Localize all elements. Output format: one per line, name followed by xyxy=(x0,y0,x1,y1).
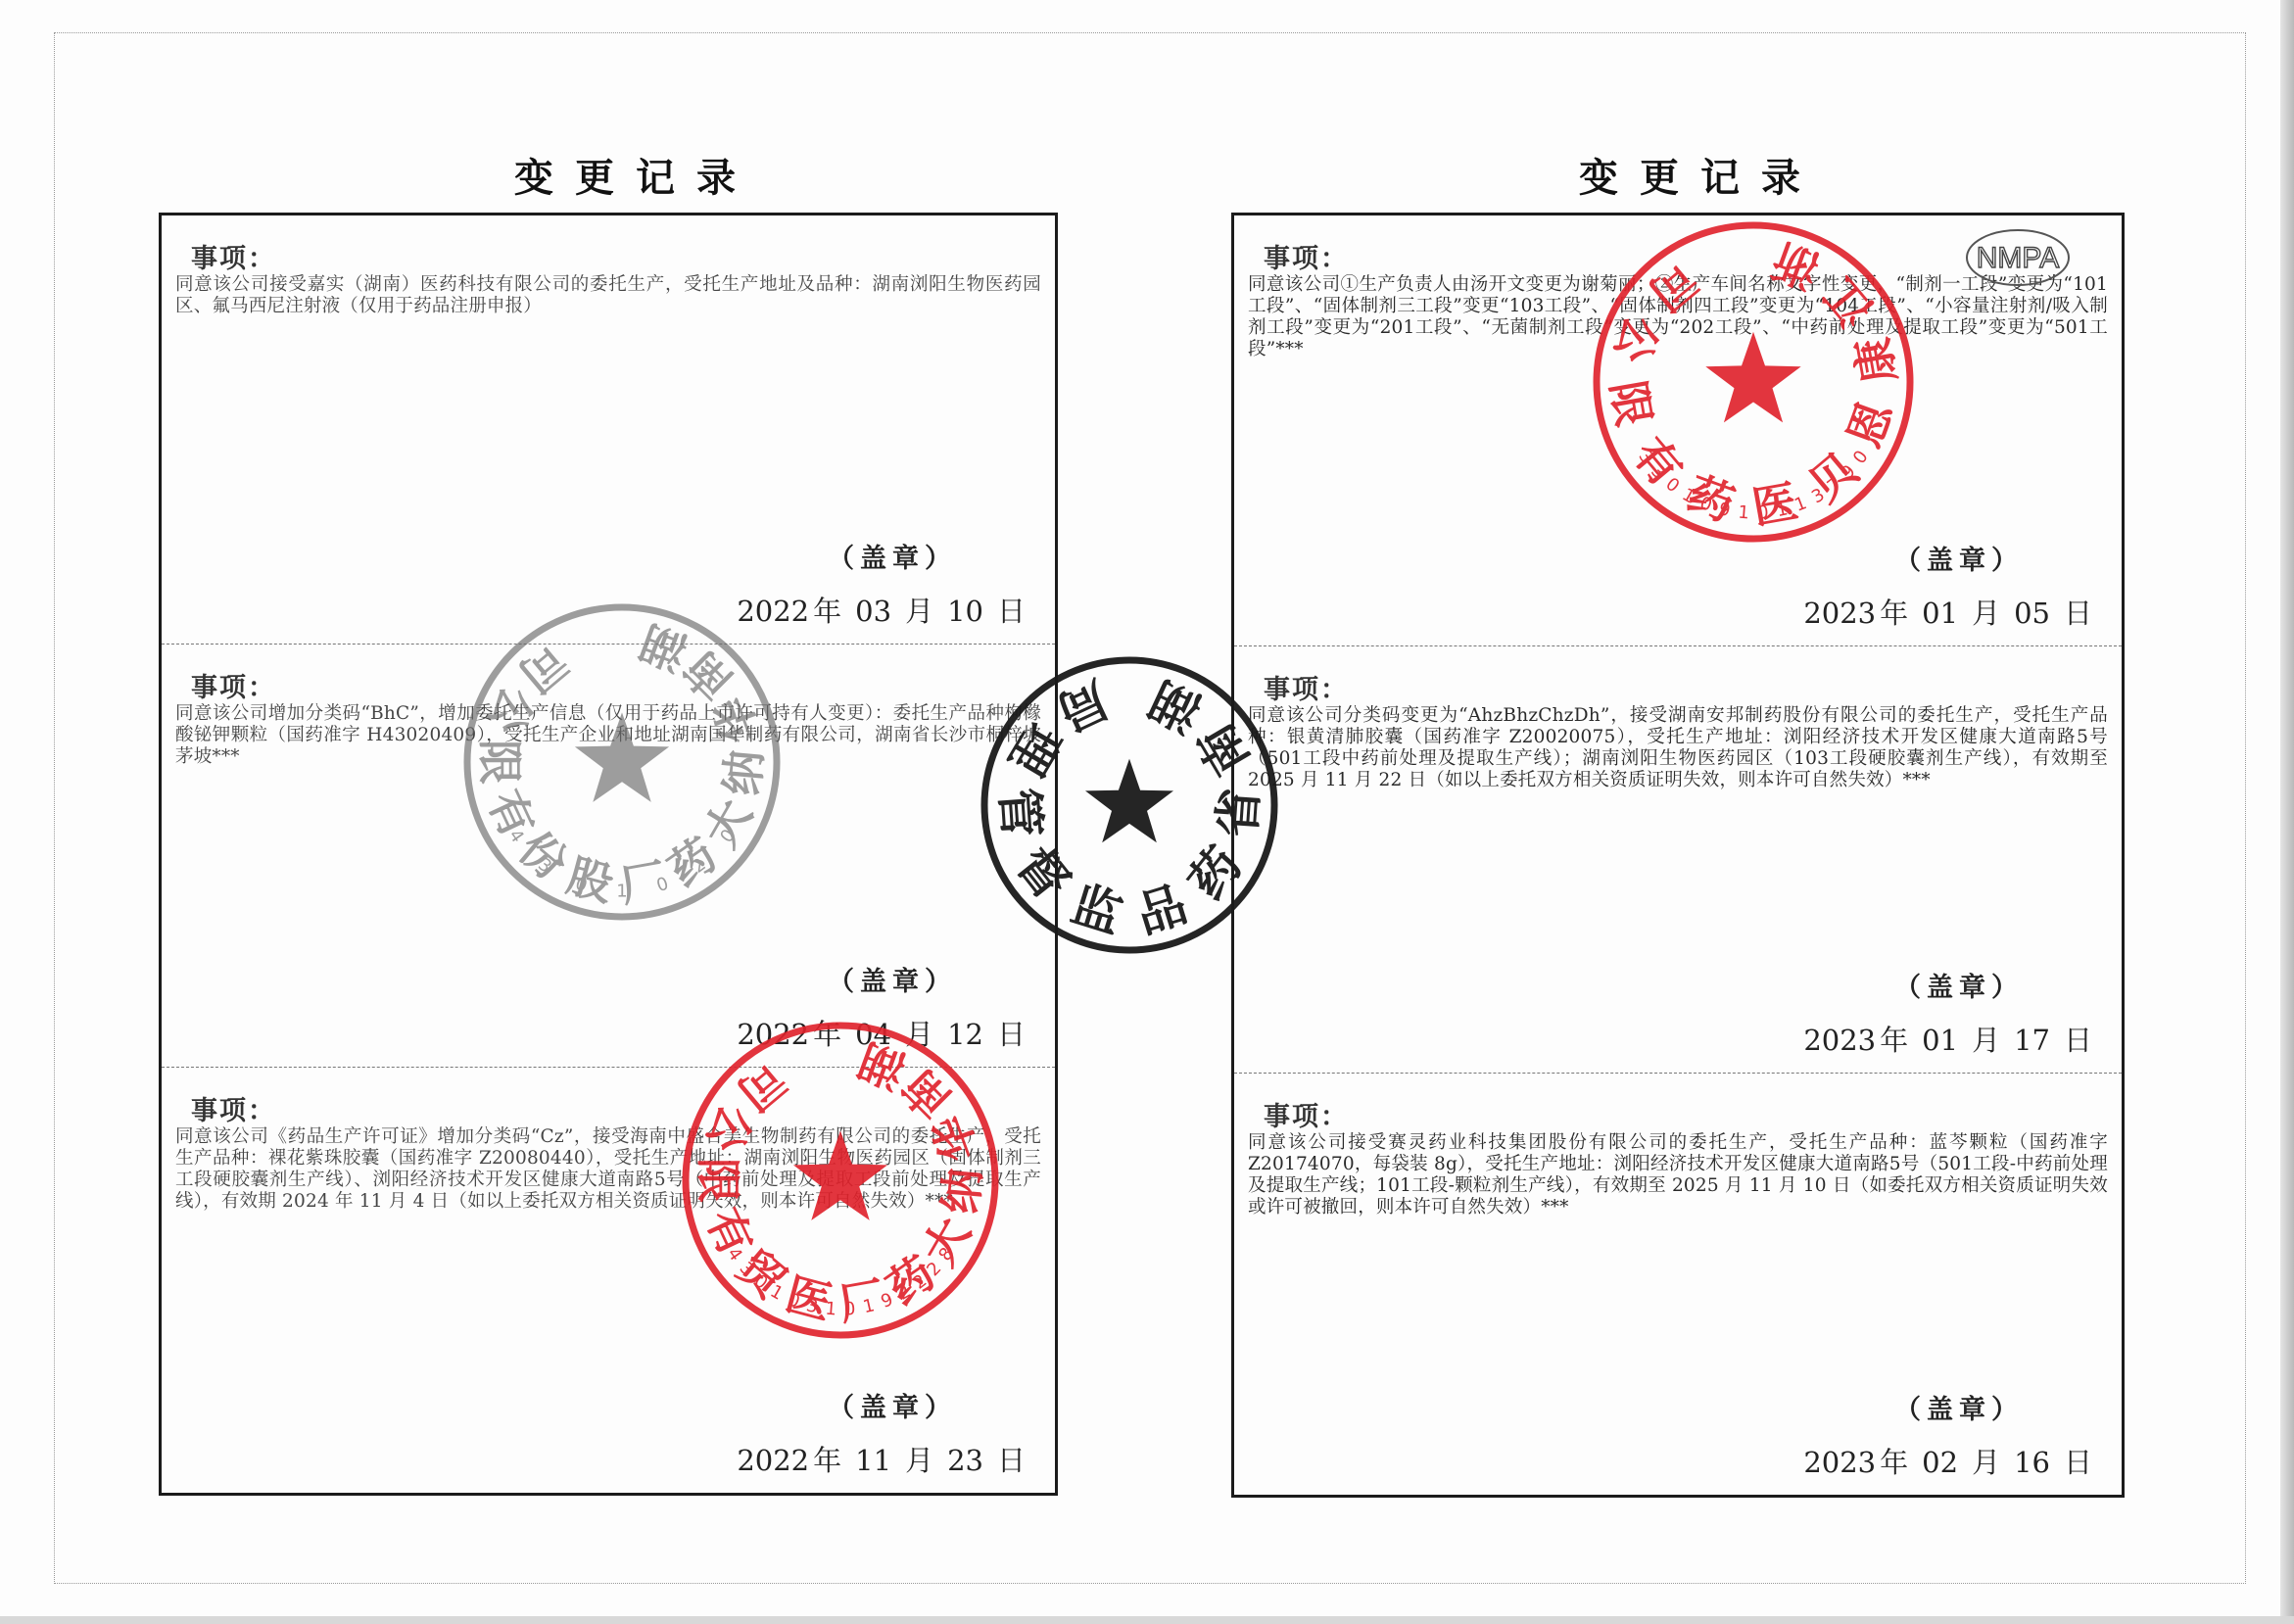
change-record-table-left: 事项： 同意该公司接受嘉实（湖南）医药科技有限公司的委托生产，受托生产地址及品种… xyxy=(159,213,1058,1496)
seal-label: （盖章） xyxy=(828,537,957,575)
item-label: 事项： xyxy=(1264,237,1349,275)
item-label: 事项： xyxy=(191,666,276,704)
record-row: 事项： 同意该公司接受赛灵药业科技集团股份有限公司的委托生产，受托生产品种：蓝芩… xyxy=(1234,1073,2122,1495)
record-row: 事项： 同意该公司《药品生产许可证》增加分类码“Cz”，接受海南中盛合美生物制药… xyxy=(162,1067,1055,1493)
paper-bottom-edge xyxy=(0,1616,2294,1624)
record-date: 2022年03月10日 xyxy=(737,590,1026,630)
record-date: 2023年01月05日 xyxy=(1803,592,2092,632)
nmpa-mark: NMPA xyxy=(1964,227,2072,288)
record-date: 2023年01月17日 xyxy=(1803,1019,2092,1059)
heading-left: 变更记录 xyxy=(514,147,757,203)
record-text: 同意该公司《药品生产许可证》增加分类码“Cz”，接受海南中盛合美生物制药有限公司… xyxy=(175,1126,1041,1213)
record-row: 事项： 同意该公司分类码变更为“AhzBhzChzDh”，接受湖南安邦制药股份有… xyxy=(1234,645,2122,1073)
seal-label: （盖章） xyxy=(1894,966,2024,1004)
record-text: 同意该公司接受赛灵药业科技集团股份有限公司的委托生产，受托生产品种：蓝芩颗粒（国… xyxy=(1248,1132,2108,1218)
heading-right: 变更记录 xyxy=(1579,147,1822,203)
change-record-table-right: 事项： 同意该公司①生产负责人由汤开文变更为谢菊丽；②生产车间名称文字性变更，“… xyxy=(1231,213,2125,1498)
seal-label: （盖章） xyxy=(828,960,957,998)
record-date: 2023年02月16日 xyxy=(1803,1441,2092,1481)
paper-edge-shadow xyxy=(2280,0,2294,1624)
item-label: 事项： xyxy=(1264,1095,1349,1133)
record-text: 同意该公司分类码变更为“AhzBhzChzDh”，接受湖南安邦制药股份有限公司的… xyxy=(1248,705,2108,791)
seal-label: （盖章） xyxy=(828,1386,957,1424)
seal-label: （盖章） xyxy=(1894,1388,2024,1426)
item-label: 事项： xyxy=(191,1089,276,1127)
record-date: 2022年04月12日 xyxy=(737,1013,1026,1053)
record-text: 同意该公司接受嘉实（湖南）医药科技有限公司的委托生产，受托生产地址及品种：湖南浏… xyxy=(175,274,1041,317)
record-date: 2022年11月23日 xyxy=(737,1439,1026,1479)
record-text: 同意该公司增加分类码“BhC”，增加委托生产信息（仅用于药品上市许可持有人变更）… xyxy=(175,703,1041,768)
record-row: 事项： 同意该公司增加分类码“BhC”，增加委托生产信息（仅用于药品上市许可持有… xyxy=(162,644,1055,1067)
svg-text:NMPA: NMPA xyxy=(1977,242,2059,274)
item-label: 事项： xyxy=(1264,668,1349,706)
item-label: 事项： xyxy=(191,237,276,275)
record-row: 事项： 同意该公司接受嘉实（湖南）医药科技有限公司的委托生产，受托生产地址及品种… xyxy=(162,215,1055,644)
seal-label: （盖章） xyxy=(1894,539,2024,577)
